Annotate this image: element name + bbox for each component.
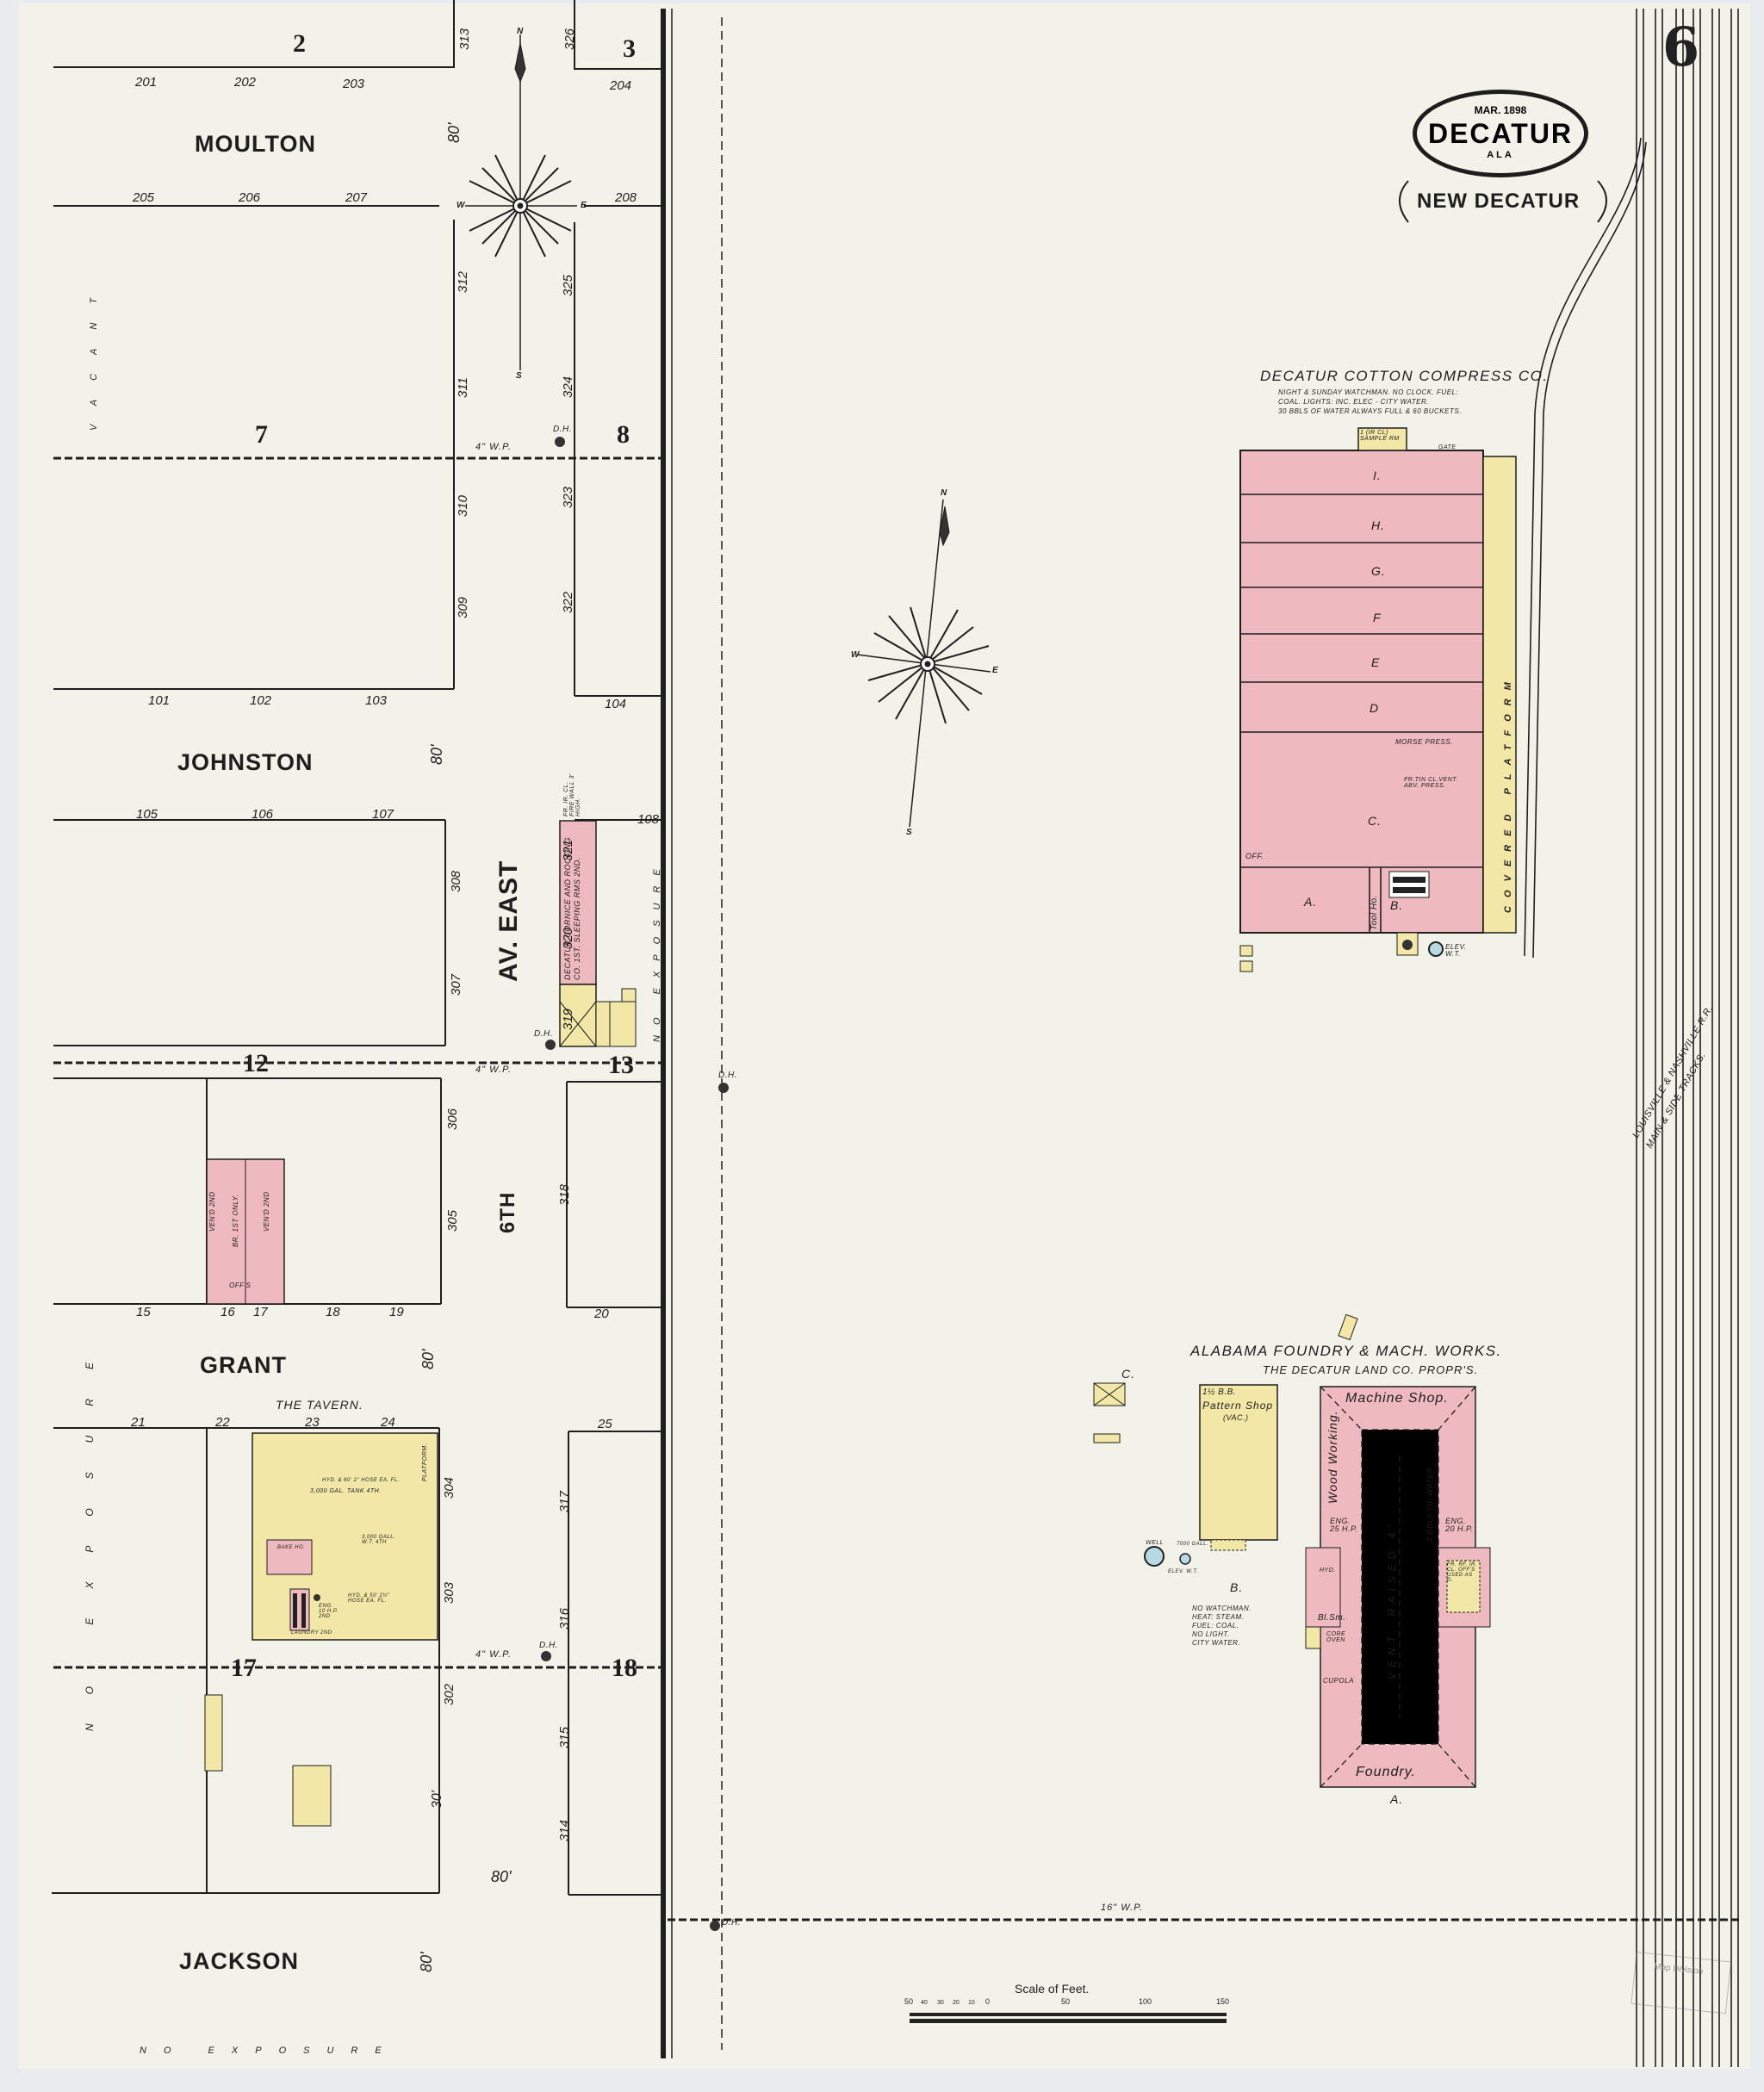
section-label: A. [1304, 896, 1317, 908]
office-note: FR. RF. IR. CL. OFF'S USED AS D. [1447, 1562, 1478, 1583]
tool-house: Tool Ho. [1370, 895, 1379, 930]
tavern-name: THE TAVERN. [276, 1399, 363, 1411]
morse-press: MORSE PRESS. [1395, 739, 1453, 746]
map-drawing [0, 0, 1764, 2092]
lot-number: 15 [136, 1306, 151, 1319]
lot-number: 19 [389, 1306, 404, 1319]
gate-label: GATE [1438, 444, 1457, 450]
foundry-note: FUEL: COAL. [1192, 1623, 1239, 1630]
block-number: 13 [608, 1052, 634, 1078]
cotton-compress-building [1240, 428, 1516, 972]
library-stamp [1631, 1952, 1731, 2014]
street-width: 80' [429, 745, 444, 765]
cotton-compress-note: 30 BBLS OF WATER ALWAYS FULL & 60 BUCKET… [1278, 408, 1462, 415]
scale-tick: 0 [985, 1998, 990, 2006]
compass-s: S [906, 829, 912, 837]
foundry-owner: THE DECATUR LAND CO. PROPR'S. [1263, 1364, 1478, 1375]
cotton-compress-note: NIGHT & SUNDAY WATCHMAN. NO CLOCK. FUEL: [1278, 389, 1458, 396]
machine-shop: Machine Shop. [1345, 1392, 1449, 1406]
lot-number: 317 [558, 1491, 571, 1512]
lot-number: 312 [457, 271, 469, 293]
tank-label: 7000 GALL. [1177, 1542, 1208, 1547]
street-width: 80' [420, 1350, 436, 1369]
lot-number: 307 [450, 974, 463, 996]
platform-label: PLATFORM. [422, 1443, 428, 1481]
pattern-shop-vacant: (VAC.) [1223, 1414, 1249, 1422]
lot-number: 101 [148, 694, 170, 707]
section-label: B. [1390, 899, 1403, 911]
lot-number: 23 [305, 1416, 320, 1429]
elev-water-tank: ELEV. W.T. [1168, 1569, 1198, 1574]
compass-n: N [517, 28, 524, 36]
section-label: E [1371, 656, 1380, 668]
lot-number: 206 [239, 191, 260, 204]
foundry-building [1094, 1314, 1490, 1787]
lot-number: 105 [136, 808, 158, 821]
well-label: WELL [1146, 1540, 1164, 1546]
lot-number: 107 [372, 808, 394, 821]
sheet-number: 6 [1662, 16, 1699, 78]
cotton-compress-note: COAL. LIGHTS: INC. ELEC - CITY WATER. [1278, 399, 1429, 406]
fire-wall-note: FR. IR. CL. FIRE WALL 3' HIGH. [563, 765, 581, 816]
section-label: I. [1373, 469, 1382, 481]
street-width: 80' [446, 123, 462, 143]
hydrant-label: D.H. [718, 1071, 737, 1080]
street-moulton: MOULTON [195, 133, 316, 156]
compass-rose-upper [465, 34, 577, 370]
compass-e: E [992, 667, 998, 675]
lot-number: 108 [637, 813, 659, 826]
lot-number: 202 [234, 76, 256, 89]
foundry-note: NO WATCHMAN. [1192, 1605, 1252, 1612]
lot-number: 103 [365, 694, 387, 707]
lot-number: 25 [598, 1418, 612, 1431]
tavern-building [252, 1433, 438, 1640]
lot-number: 322 [562, 592, 575, 613]
alley-width: 30' [431, 1791, 444, 1809]
map-date: MAR. 1898 [1417, 104, 1584, 116]
sample-room: 1 (IR CL) SAMPLE RM [1360, 430, 1405, 442]
cupola: CUPOLA [1323, 1678, 1354, 1685]
scale-tick: 150 [1216, 1998, 1229, 2006]
scale-tick: 50 [904, 1998, 913, 2006]
lot-number: 204 [610, 79, 631, 92]
lot-number: 205 [133, 191, 154, 204]
street-jackson: JACKSON [179, 1950, 299, 1973]
office-label: OFF. [1245, 853, 1264, 860]
lot-number: 314 [558, 1820, 571, 1841]
street-grant: GRANT [200, 1354, 287, 1377]
lot-number: 20 [594, 1307, 609, 1320]
store-label: BR. 1ST ONLY. [233, 1195, 239, 1248]
core-oven: CORE OVEN [1326, 1631, 1352, 1643]
lot-number: 302 [443, 1684, 456, 1705]
water-main-label: 4" W.P. [475, 443, 512, 452]
scale-tick: 50 [1061, 1998, 1070, 2006]
no-exposure-label: NO EXPOSURE [84, 1333, 95, 1731]
block-number: 17 [231, 1655, 257, 1681]
foundry-note: HEAT: STEAM. [1192, 1614, 1244, 1621]
elev-water-tank: ELEV. W.T. [1445, 944, 1471, 958]
laundry-label: LAUNDRY 2ND [291, 1630, 332, 1636]
scale-tick: 20 [953, 2000, 960, 2006]
map-city: DECATUR [1417, 118, 1584, 150]
offices-label: OFF'S [229, 1282, 251, 1289]
lot-number: 318 [558, 1184, 571, 1206]
street-sixth: 6TH [498, 1192, 519, 1233]
lot-number: 319 [562, 1009, 575, 1030]
lot-number: 207 [345, 191, 367, 204]
foundry-label: Foundry. [1356, 1766, 1416, 1779]
water-main-label: 16" W.P. [1101, 1903, 1143, 1913]
hydrant-label: HYD. [1320, 1567, 1336, 1574]
lot-number: 17 [253, 1306, 268, 1319]
lot-number: 201 [135, 76, 157, 89]
lot-number: 303 [443, 1582, 456, 1604]
block-number: 12 [243, 1051, 269, 1077]
vacant-label: VACANT [90, 279, 99, 431]
scale-tick: 10 [968, 2000, 975, 2006]
block-number: 2 [293, 31, 306, 57]
wood-working: Wood Working. [1326, 1410, 1339, 1504]
water-main-label: 4" W.P. [475, 1065, 512, 1075]
lot-number: 311 [457, 377, 469, 398]
street-av-east: AV. EAST [496, 860, 522, 982]
lot-number: 16 [220, 1306, 235, 1319]
vent-raised: VENT. RAISED 4' [1387, 1520, 1397, 1679]
lot-number: 316 [558, 1608, 571, 1630]
block-number: 7 [255, 422, 268, 448]
tavern-note: HYD. & 50' 2½" HOSE EA. FL. [348, 1593, 400, 1604]
map-subtitle: NEW DECATUR [1417, 191, 1580, 212]
lot-number: 24 [381, 1416, 395, 1429]
compass-e: E [581, 202, 587, 210]
hydrant-label: D.H. [553, 425, 572, 434]
hydrant-label: D.H. [539, 1642, 558, 1650]
scale-tick: 40 [921, 2000, 928, 2006]
block-number: 8 [617, 422, 630, 448]
blacksmith: Bl.Sm. [1318, 1614, 1345, 1623]
lot-number: 102 [250, 694, 271, 707]
store-label: VEN'D 2ND [209, 1192, 216, 1232]
press-note: FR.TIN CL.VENT. ABV. PRESS. [1404, 777, 1464, 789]
section-label: C. [1368, 815, 1382, 827]
compass-s: S [516, 372, 522, 381]
section-label: B. [1230, 1581, 1243, 1593]
lot-number: 308 [450, 871, 463, 892]
store-label: VEN'D 2ND [264, 1192, 270, 1232]
street-width: 80' [419, 1952, 434, 1972]
lot-number: 104 [605, 698, 626, 711]
bake-house: BAKE HO. [277, 1545, 305, 1550]
title-cartouche: MAR. 1898 DECATUR ALA [1413, 90, 1588, 177]
lot-number: 21 [131, 1416, 146, 1429]
lot-number: 18 [326, 1306, 340, 1319]
lot-number: 324 [562, 376, 575, 398]
lot-number: 325 [562, 275, 575, 296]
lot-number: 310 [457, 495, 469, 517]
compass-n: N [941, 489, 947, 498]
street-width: 80' [491, 1869, 511, 1884]
section-label: F [1373, 611, 1382, 624]
compass-w: W [851, 651, 860, 660]
hydrant-label: D.H. [722, 1919, 741, 1927]
lot-number: 106 [252, 808, 273, 821]
tavern-engine: ENG. 10 H.P. 2ND [319, 1604, 339, 1619]
tavern-note: 3,000 GAL. TANK 4TH. [310, 1488, 382, 1494]
foundry-note: NO LIGHT. [1192, 1631, 1230, 1638]
lot-number: 309 [457, 597, 469, 618]
water-main-label: 4" W.P. [475, 1650, 512, 1660]
lot-number: 326 [563, 28, 576, 50]
section-label: G. [1371, 565, 1386, 577]
lot-number: 306 [446, 1108, 459, 1130]
no-exposure-label: NO EXPOSURE [140, 2046, 399, 2056]
block-number: 18 [612, 1655, 637, 1681]
lot-number: 203 [343, 78, 364, 90]
section-label: H. [1371, 519, 1385, 531]
lot-number: 305 [446, 1210, 459, 1232]
compass-rose-center [857, 500, 991, 827]
pattern-shop: Pattern Shop [1202, 1400, 1273, 1411]
lot-number: 304 [443, 1477, 456, 1499]
lot-number: 313 [458, 28, 471, 50]
lot-number: 22 [215, 1416, 230, 1429]
map-state: ALA [1417, 150, 1584, 160]
section-label: C. [1121, 1368, 1135, 1380]
scale-tick: 30 [937, 2000, 944, 2006]
water-barrels: 2 BBLS OF WATER [1426, 1467, 1434, 1542]
tavern-note: HYD. & 60' 2" HOSE EA. FL. [322, 1478, 400, 1483]
no-exposure-label: NO EXPOSURE [653, 859, 662, 1042]
foundry-note: CITY WATER. [1192, 1640, 1240, 1647]
engine-25hp: ENG. 25 H.P. [1330, 1518, 1359, 1533]
engine-20hp: ENG. 20 H.P. [1445, 1518, 1475, 1533]
covered-platform: COVERED PLATFORM [1504, 674, 1513, 913]
pattern-shop-bb: 1½ B.B. [1202, 1388, 1236, 1397]
lot-number: 315 [558, 1727, 571, 1748]
hydrant-label: D.H. [534, 1030, 553, 1039]
cornice-name: DECATUR CORNICE AND ROOFING CO. 1ST. SLE… [563, 825, 582, 980]
lot-number: 208 [615, 191, 637, 204]
street-johnston: JOHNSTON [177, 751, 314, 774]
block-number: 3 [623, 36, 636, 62]
block-2-edge [53, 0, 454, 67]
section-label: D [1370, 702, 1379, 714]
tavern-note: 3,000 GALL. W.T. 4TH [362, 1535, 396, 1545]
scale-tick: 100 [1139, 1998, 1152, 2006]
scale-title: Scale of Feet. [1015, 1983, 1089, 1995]
compass-w: W [457, 202, 465, 210]
foundry-name: ALABAMA FOUNDRY & MACH. WORKS. [1190, 1344, 1502, 1358]
scale-bar [910, 2013, 1227, 2023]
cotton-compress-name: DECATUR COTTON COMPRESS CO. [1260, 369, 1549, 383]
section-label: A. [1390, 1793, 1403, 1805]
lot-number: 323 [562, 487, 575, 508]
